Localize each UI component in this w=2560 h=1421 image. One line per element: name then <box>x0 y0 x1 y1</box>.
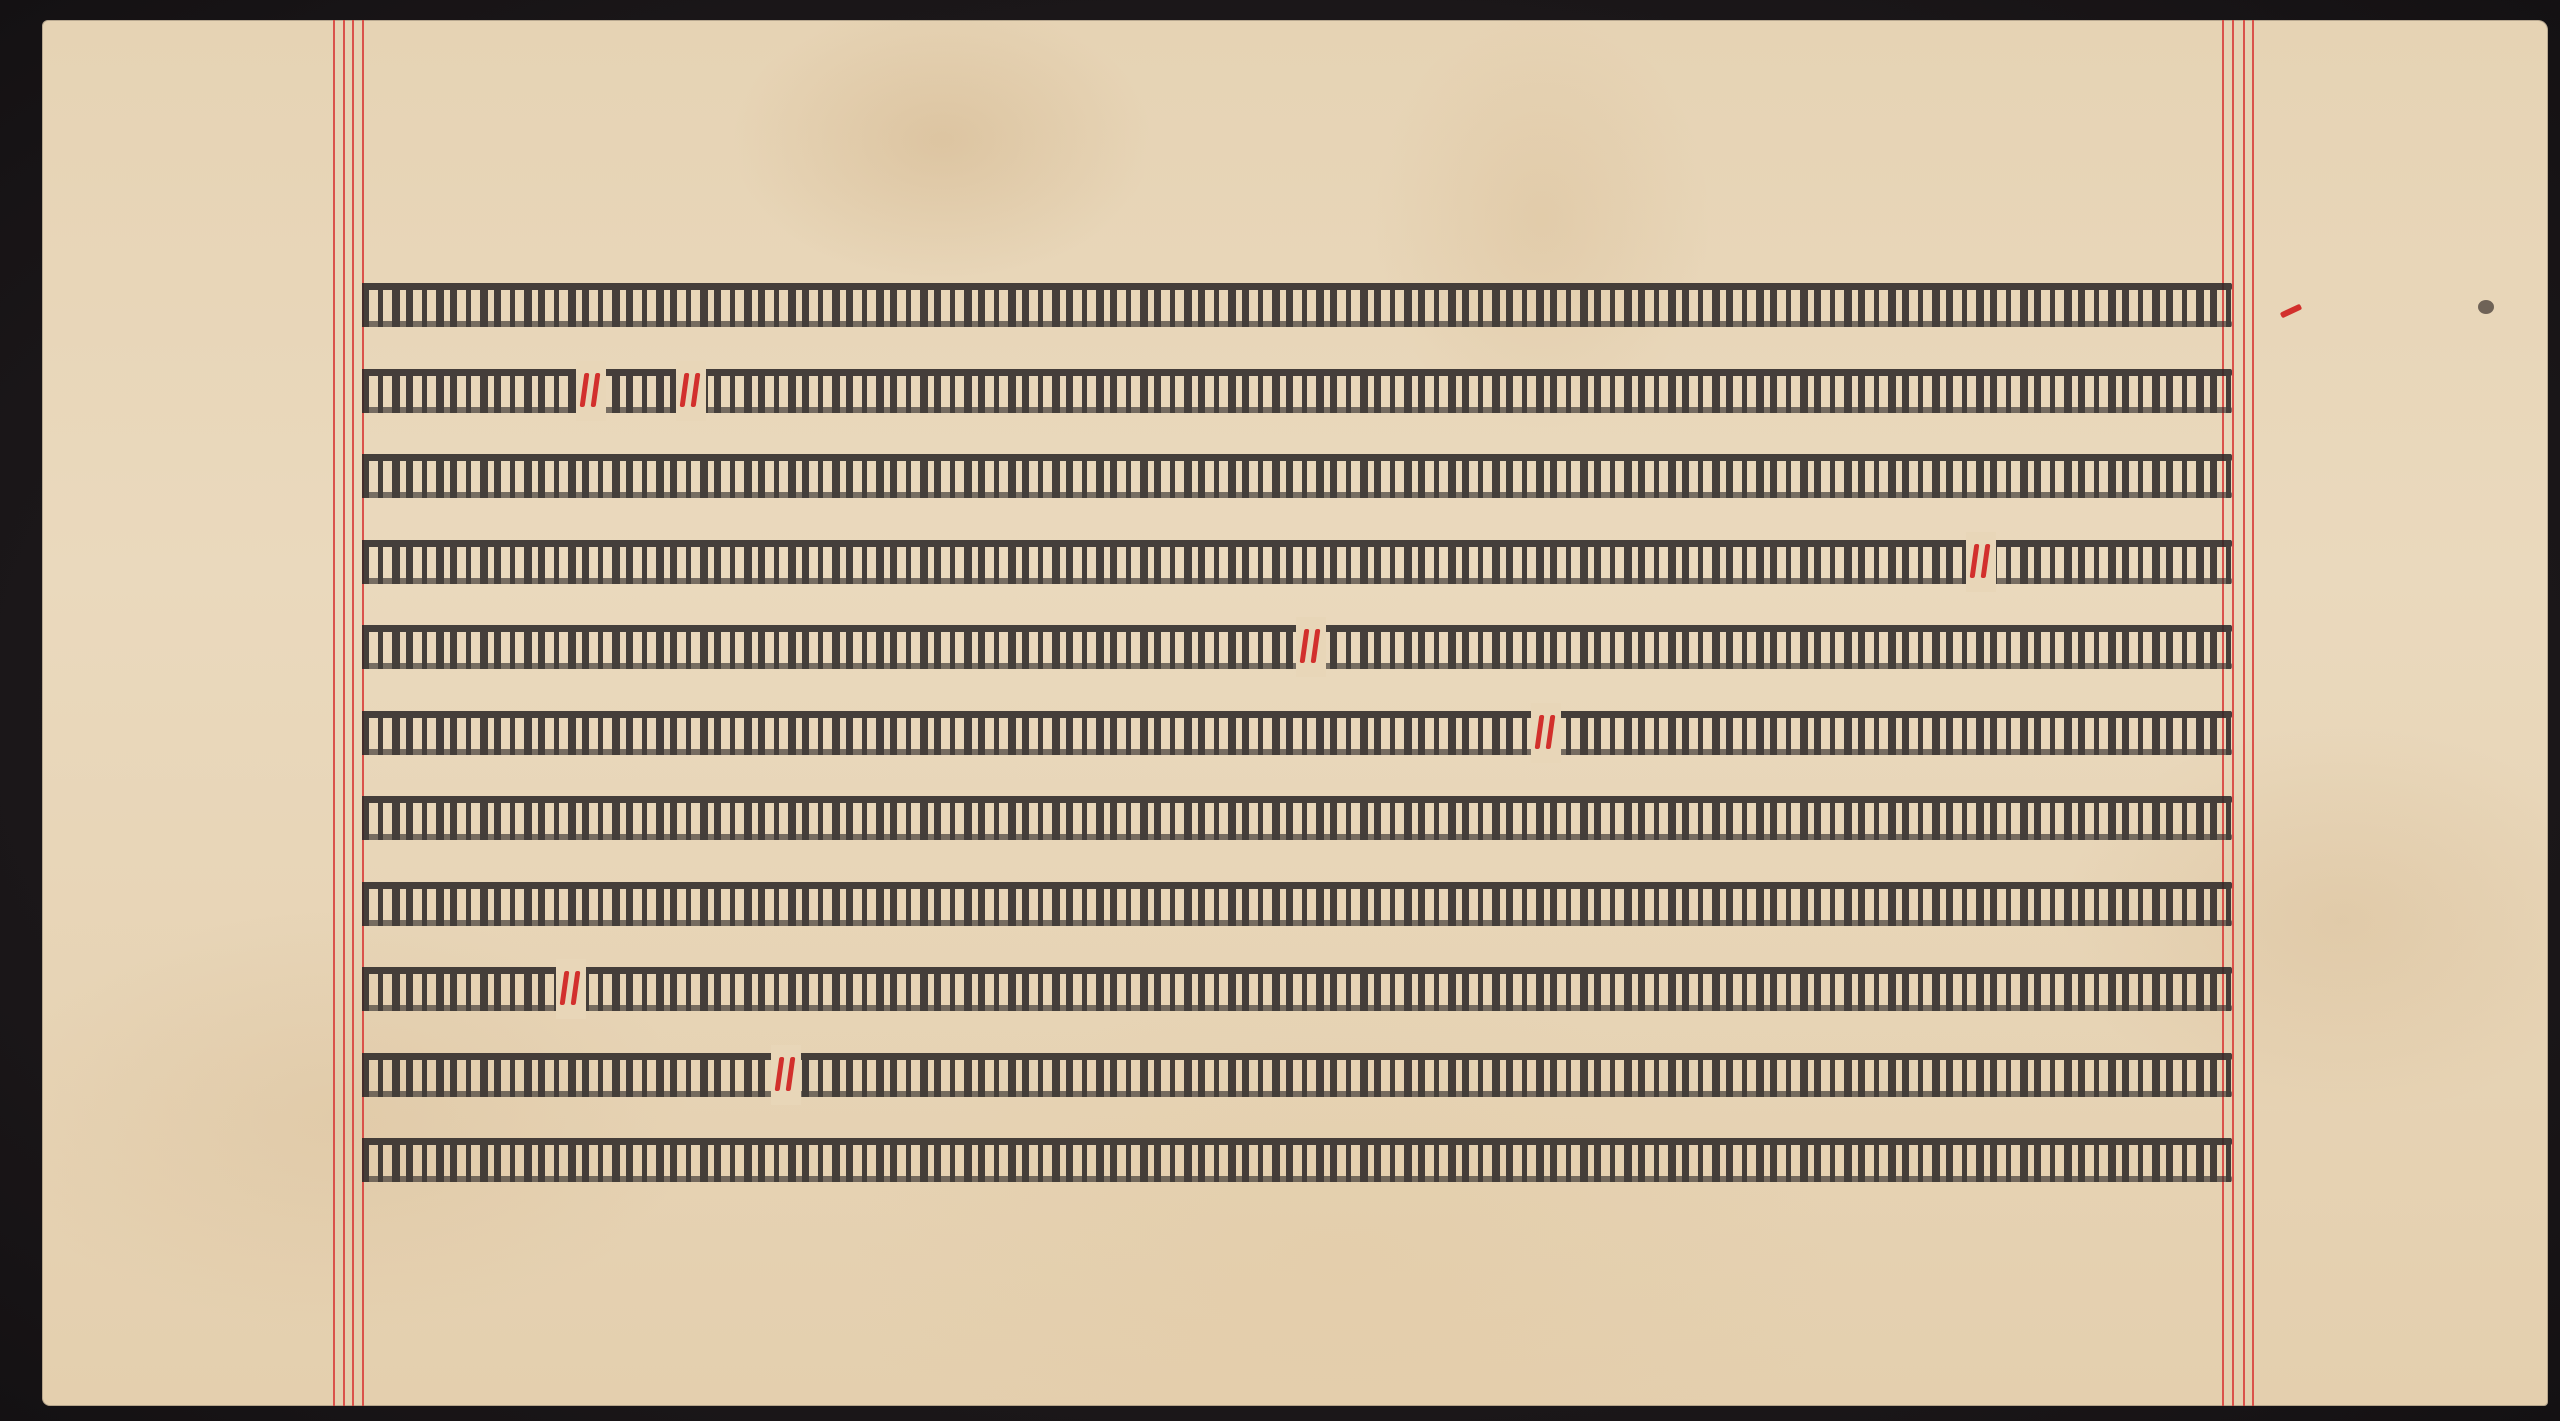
red-double-danda <box>582 373 600 407</box>
manuscript-line-11 <box>362 1120 2232 1206</box>
ink-script <box>362 711 2232 755</box>
red-double-danda <box>777 1057 795 1091</box>
ink-script <box>362 1138 2232 1182</box>
ink-script <box>362 967 2232 1011</box>
manuscript-line-5 <box>362 607 2232 693</box>
margin-rule-line <box>343 20 345 1406</box>
manuscript-line-2 <box>362 351 2232 437</box>
margin-rule-line <box>352 20 354 1406</box>
ink-script <box>362 540 2232 584</box>
margin-rule-line <box>2232 20 2234 1406</box>
margin-rule-line <box>2243 20 2245 1406</box>
ink-script <box>362 369 2232 413</box>
text-block <box>362 265 2232 1206</box>
ink-script <box>362 882 2232 926</box>
manuscript-line-4 <box>362 522 2232 608</box>
manuscript-line-3 <box>362 436 2232 522</box>
manuscript-line-10 <box>362 1035 2232 1121</box>
manuscript-line-1 <box>362 265 2232 351</box>
red-double-danda <box>1537 715 1555 749</box>
margin-rule-line <box>333 20 335 1406</box>
red-double-danda <box>1302 629 1320 663</box>
ink-script <box>362 796 2232 840</box>
margin-rule-line <box>2252 20 2254 1406</box>
ink-script <box>362 283 2232 327</box>
manuscript-line-8 <box>362 864 2232 950</box>
manuscript-line-7 <box>362 778 2232 864</box>
red-mark <box>2280 304 2302 319</box>
red-double-danda <box>562 971 580 1005</box>
manuscript-leaf <box>42 20 2548 1406</box>
manuscript-line-6 <box>362 693 2232 779</box>
ink-spot <box>2478 300 2494 314</box>
ink-script <box>362 1053 2232 1097</box>
red-double-danda <box>1972 544 1990 578</box>
ink-script <box>362 454 2232 498</box>
red-double-danda <box>682 373 700 407</box>
manuscript-line-9 <box>362 949 2232 1035</box>
